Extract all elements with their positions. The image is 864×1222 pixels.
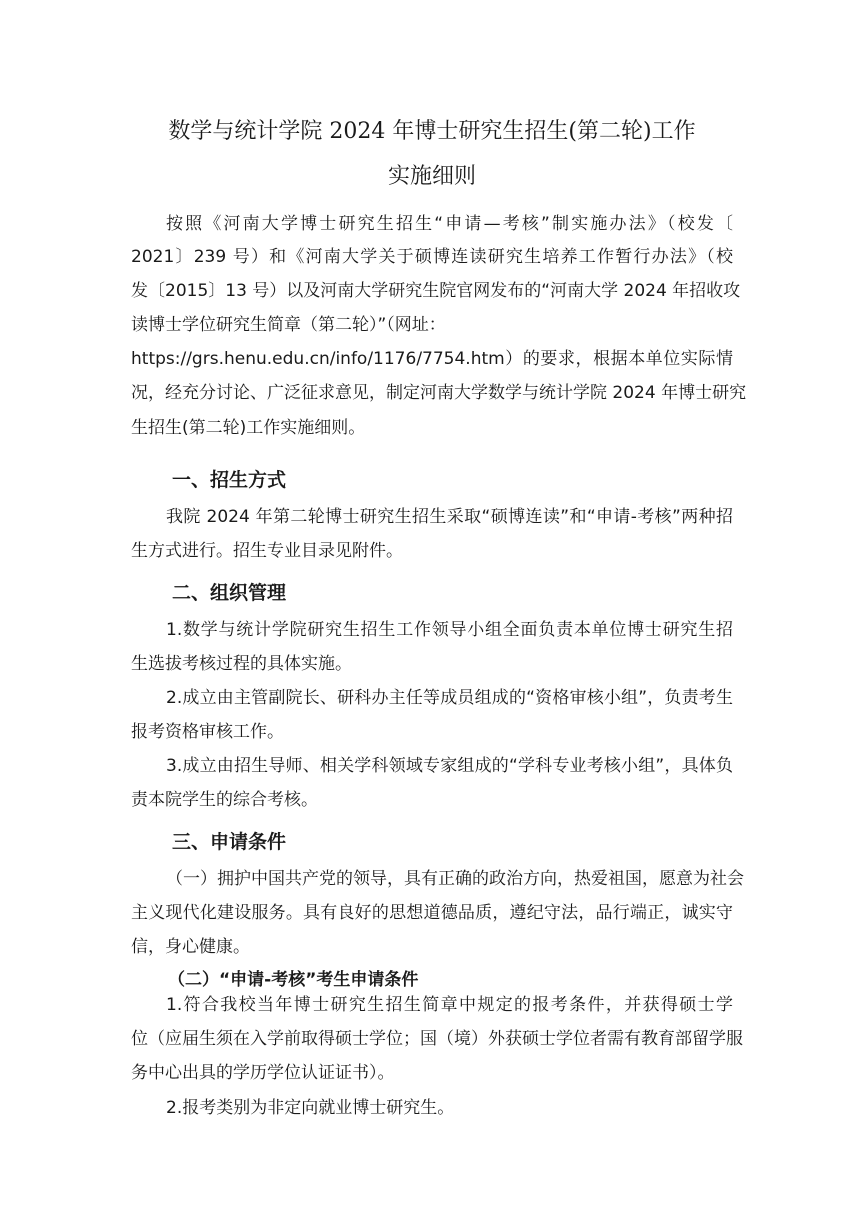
- paragraph-line: 生方式进行。招生专业目录见附件。: [131, 539, 733, 563]
- intro-line: 按照《河南大学博士研究生招生“申请—考核”制实施办法》（校发〔: [166, 212, 733, 236]
- paragraph-line: （一）拥护中国共产党的领导，具有正确的政治方向，热爱祖国，愿意为社会: [166, 867, 733, 891]
- paragraph-line: 报考资格审核工作。: [131, 720, 733, 744]
- paragraph-line: 1.符合我校当年博士研究生招生简章中规定的报考条件，并获得硕士学: [166, 993, 733, 1017]
- paragraph-line: 1.数学与统计学院研究生招生工作领导小组全面负责本单位博士研究生招: [166, 618, 733, 642]
- intro-line: 2021〕239 号）和《河南大学关于硕博连读研究生培养工作暂行办法》（校: [131, 245, 733, 269]
- paragraph-line: 务中心出具的学历学位认证证书）。: [131, 1061, 733, 1085]
- section-heading: 二、组织管理: [172, 578, 286, 605]
- document-title-line1: 数学与统计学院 2024 年博士研究生招生(第二轮)工作: [0, 114, 864, 145]
- intro-line: 发〔2015〕13 号）以及河南大学研究生院官网发布的“河南大学 2024 年招…: [131, 279, 733, 303]
- paragraph-line: 责本院学生的综合考核。: [131, 788, 733, 812]
- paragraph-line: 我院 2024 年第二轮博士研究生招生采取“硕博连读”和“申请-考核”两种招: [166, 505, 733, 529]
- paragraph-line: 位（应届生须在入学前取得硕士学位；国（境）外获硕士学位者需有教育部留学服: [131, 1027, 733, 1051]
- intro-line: 生招生(第二轮)工作实施细则。: [131, 416, 733, 440]
- document-title-line2: 实施细则: [0, 159, 864, 190]
- intro-line: 况，经充分讨论、广泛征求意见，制定河南大学数学与统计学院 2024 年博士研究: [131, 381, 733, 405]
- section-heading: 三、申请条件: [172, 827, 286, 854]
- paragraph-line: 主义现代化建设服务。具有良好的思想道德品质，遵纪守法，品行端正，诚实守: [131, 901, 733, 925]
- subsection-heading: （二）“申请-考核”考生申请条件: [168, 965, 418, 990]
- paragraph-line: 2.报考类别为非定向就业博士研究生。: [166, 1096, 733, 1120]
- paragraph-line: 3.成立由招生导师、相关学科领域专家组成的“学科专业考核小组”，具体负: [166, 754, 733, 778]
- paragraph-line: 生选拔考核过程的具体实施。: [131, 652, 733, 676]
- paragraph-line: 信，身心健康。: [131, 935, 733, 959]
- intro-line: https://grs.henu.edu.cn/info/1176/7754.h…: [131, 347, 733, 371]
- paragraph-line: 2.成立由主管副院长、研科办主任等成员组成的“资格审核小组”，负责考生: [166, 686, 733, 710]
- section-heading: 一、招生方式: [172, 465, 286, 492]
- document-page: 数学与统计学院 2024 年博士研究生招生(第二轮)工作 实施细则 按照《河南大…: [0, 0, 864, 1222]
- intro-line: 读博士学位研究生简章（第二轮）”（网址：: [131, 313, 733, 337]
